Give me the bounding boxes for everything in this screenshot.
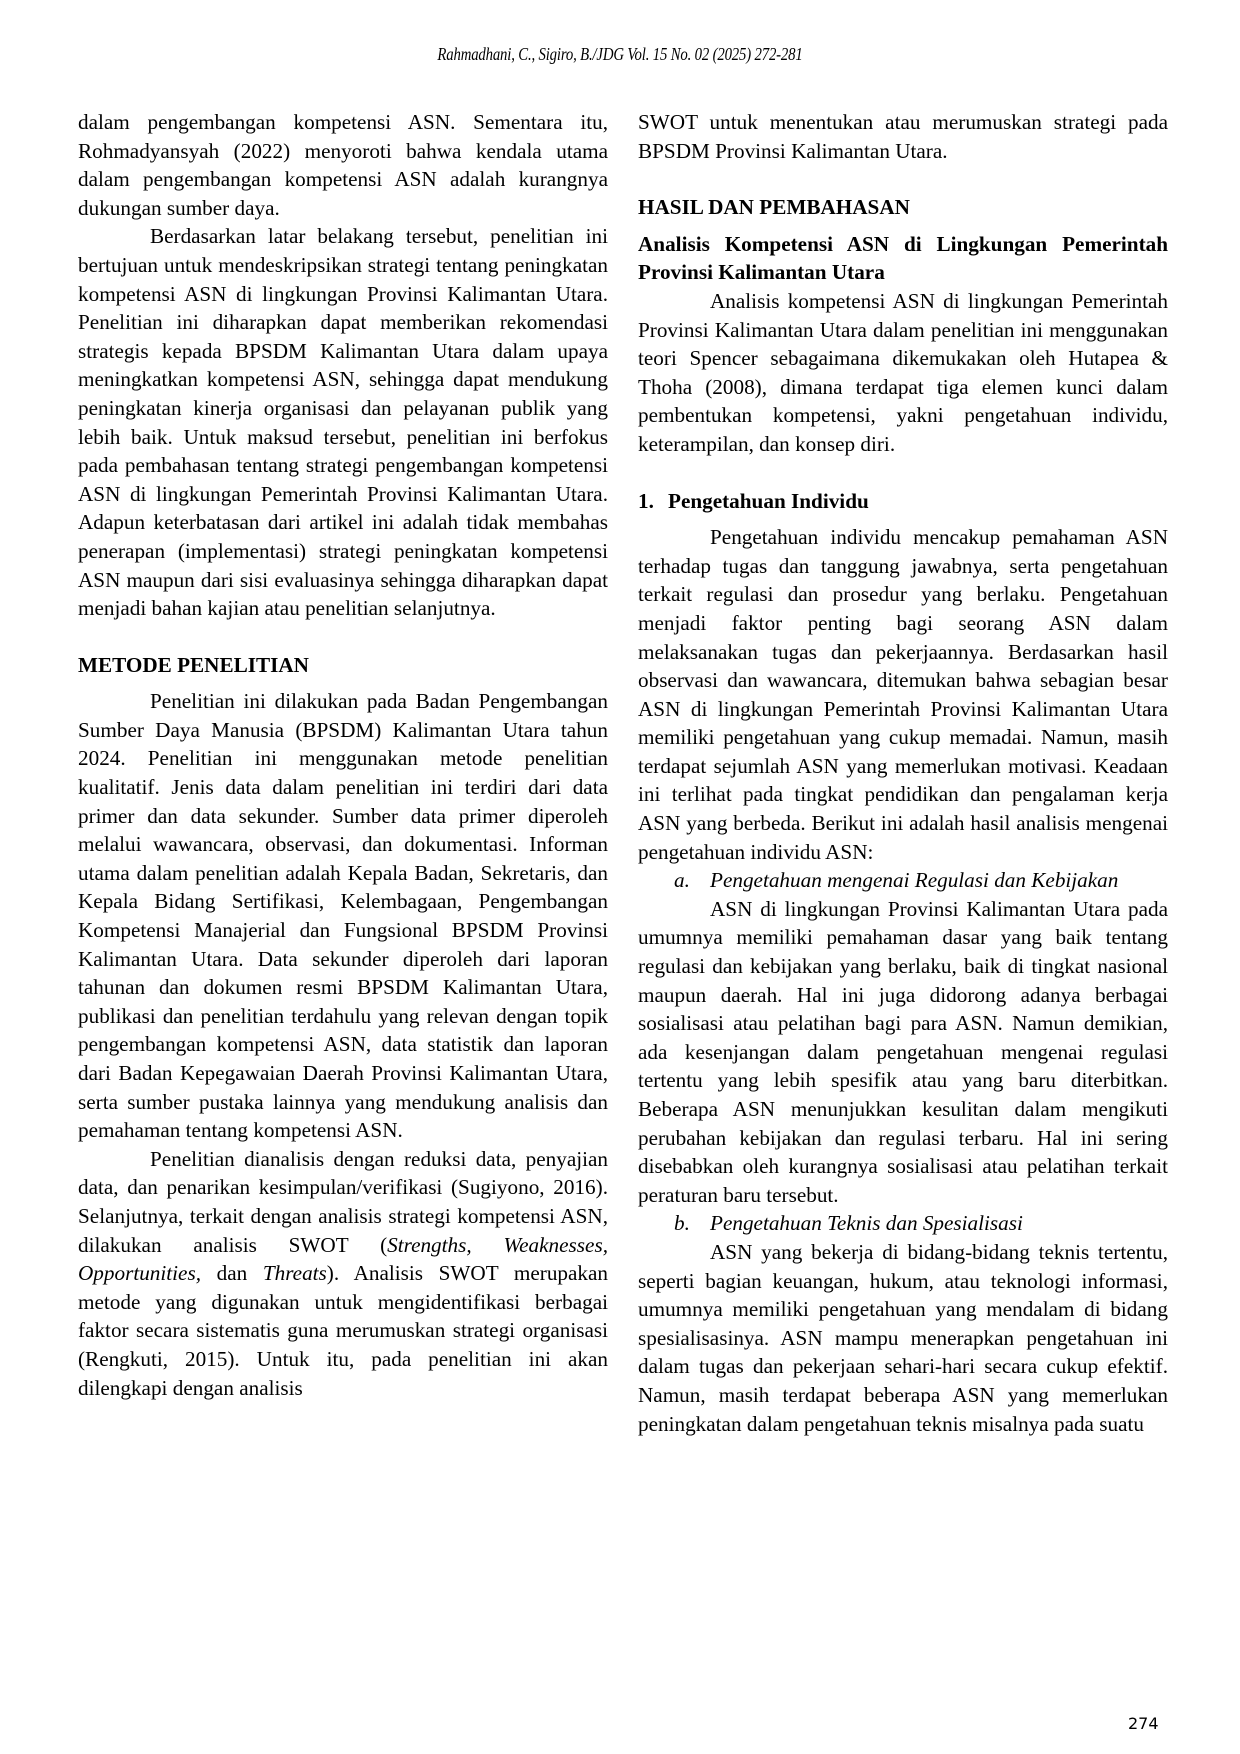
paragraph: Penelitian ini dilakukan pada Badan Peng… — [78, 687, 608, 1145]
journal-page: Rahmadhani, C., Sigiro, B./JDG Vol. 15 N… — [0, 0, 1240, 1754]
paragraph: SWOT untuk menentukan atau merumuskan st… — [638, 108, 1168, 165]
paragraph: Penelitian dianalisis dengan reduksi dat… — [78, 1145, 608, 1402]
paragraph: ASN yang bekerja di bidang-bidang teknis… — [638, 1238, 1168, 1438]
list-label: Pengetahuan Teknis dan Spesialisasi — [710, 1209, 1168, 1238]
list-marker: b. — [638, 1209, 710, 1238]
section-heading-metode: METODE PENELITIAN — [78, 651, 608, 680]
paragraph: Analisis kompetensi ASN di lingkungan Pe… — [638, 287, 1168, 459]
left-column: dalam pengembangan kompetensi ASN. Semen… — [78, 108, 608, 1402]
spacer — [638, 515, 1168, 523]
list-label: Pengetahuan mengenai Regulasi dan Kebija… — [710, 866, 1168, 895]
spacer — [78, 679, 608, 687]
section-heading-hasil: HASIL DAN PEMBAHASAN — [638, 193, 1168, 222]
italic-term: Threats — [263, 1261, 327, 1285]
page-number: 274 — [1128, 1714, 1159, 1733]
spacer — [638, 459, 1168, 487]
heading-label: Pengetahuan Individu — [668, 489, 869, 513]
subsection-heading: Analisis Kompetensi ASN di Lingkungan Pe… — [638, 230, 1168, 287]
list-item-heading: b. Pengetahuan Teknis dan Spesialisasi — [638, 1209, 1168, 1238]
paragraph: Pengetahuan individu mencakup pemahaman … — [638, 523, 1168, 866]
heading-number: 1. — [638, 487, 668, 516]
paragraph: dalam pengembangan kompetensi ASN. Semen… — [78, 108, 608, 222]
running-header: Rahmadhani, C., Sigiro, B./JDG Vol. 15 N… — [112, 44, 1129, 65]
list-marker: a. — [638, 866, 710, 895]
spacer — [78, 623, 608, 651]
paragraph: Berdasarkan latar belakang tersebut, pen… — [78, 222, 608, 622]
spacer — [638, 165, 1168, 193]
spacer — [638, 222, 1168, 230]
numbered-heading: 1.Pengetahuan Individu — [638, 487, 1168, 516]
text-run: dan — [201, 1261, 263, 1285]
paragraph: ASN di lingkungan Provinsi Kalimantan Ut… — [638, 895, 1168, 1210]
list-item-heading: a. Pengetahuan mengenai Regulasi dan Keb… — [638, 866, 1168, 895]
right-column: SWOT untuk menentukan atau merumuskan st… — [638, 108, 1168, 1438]
